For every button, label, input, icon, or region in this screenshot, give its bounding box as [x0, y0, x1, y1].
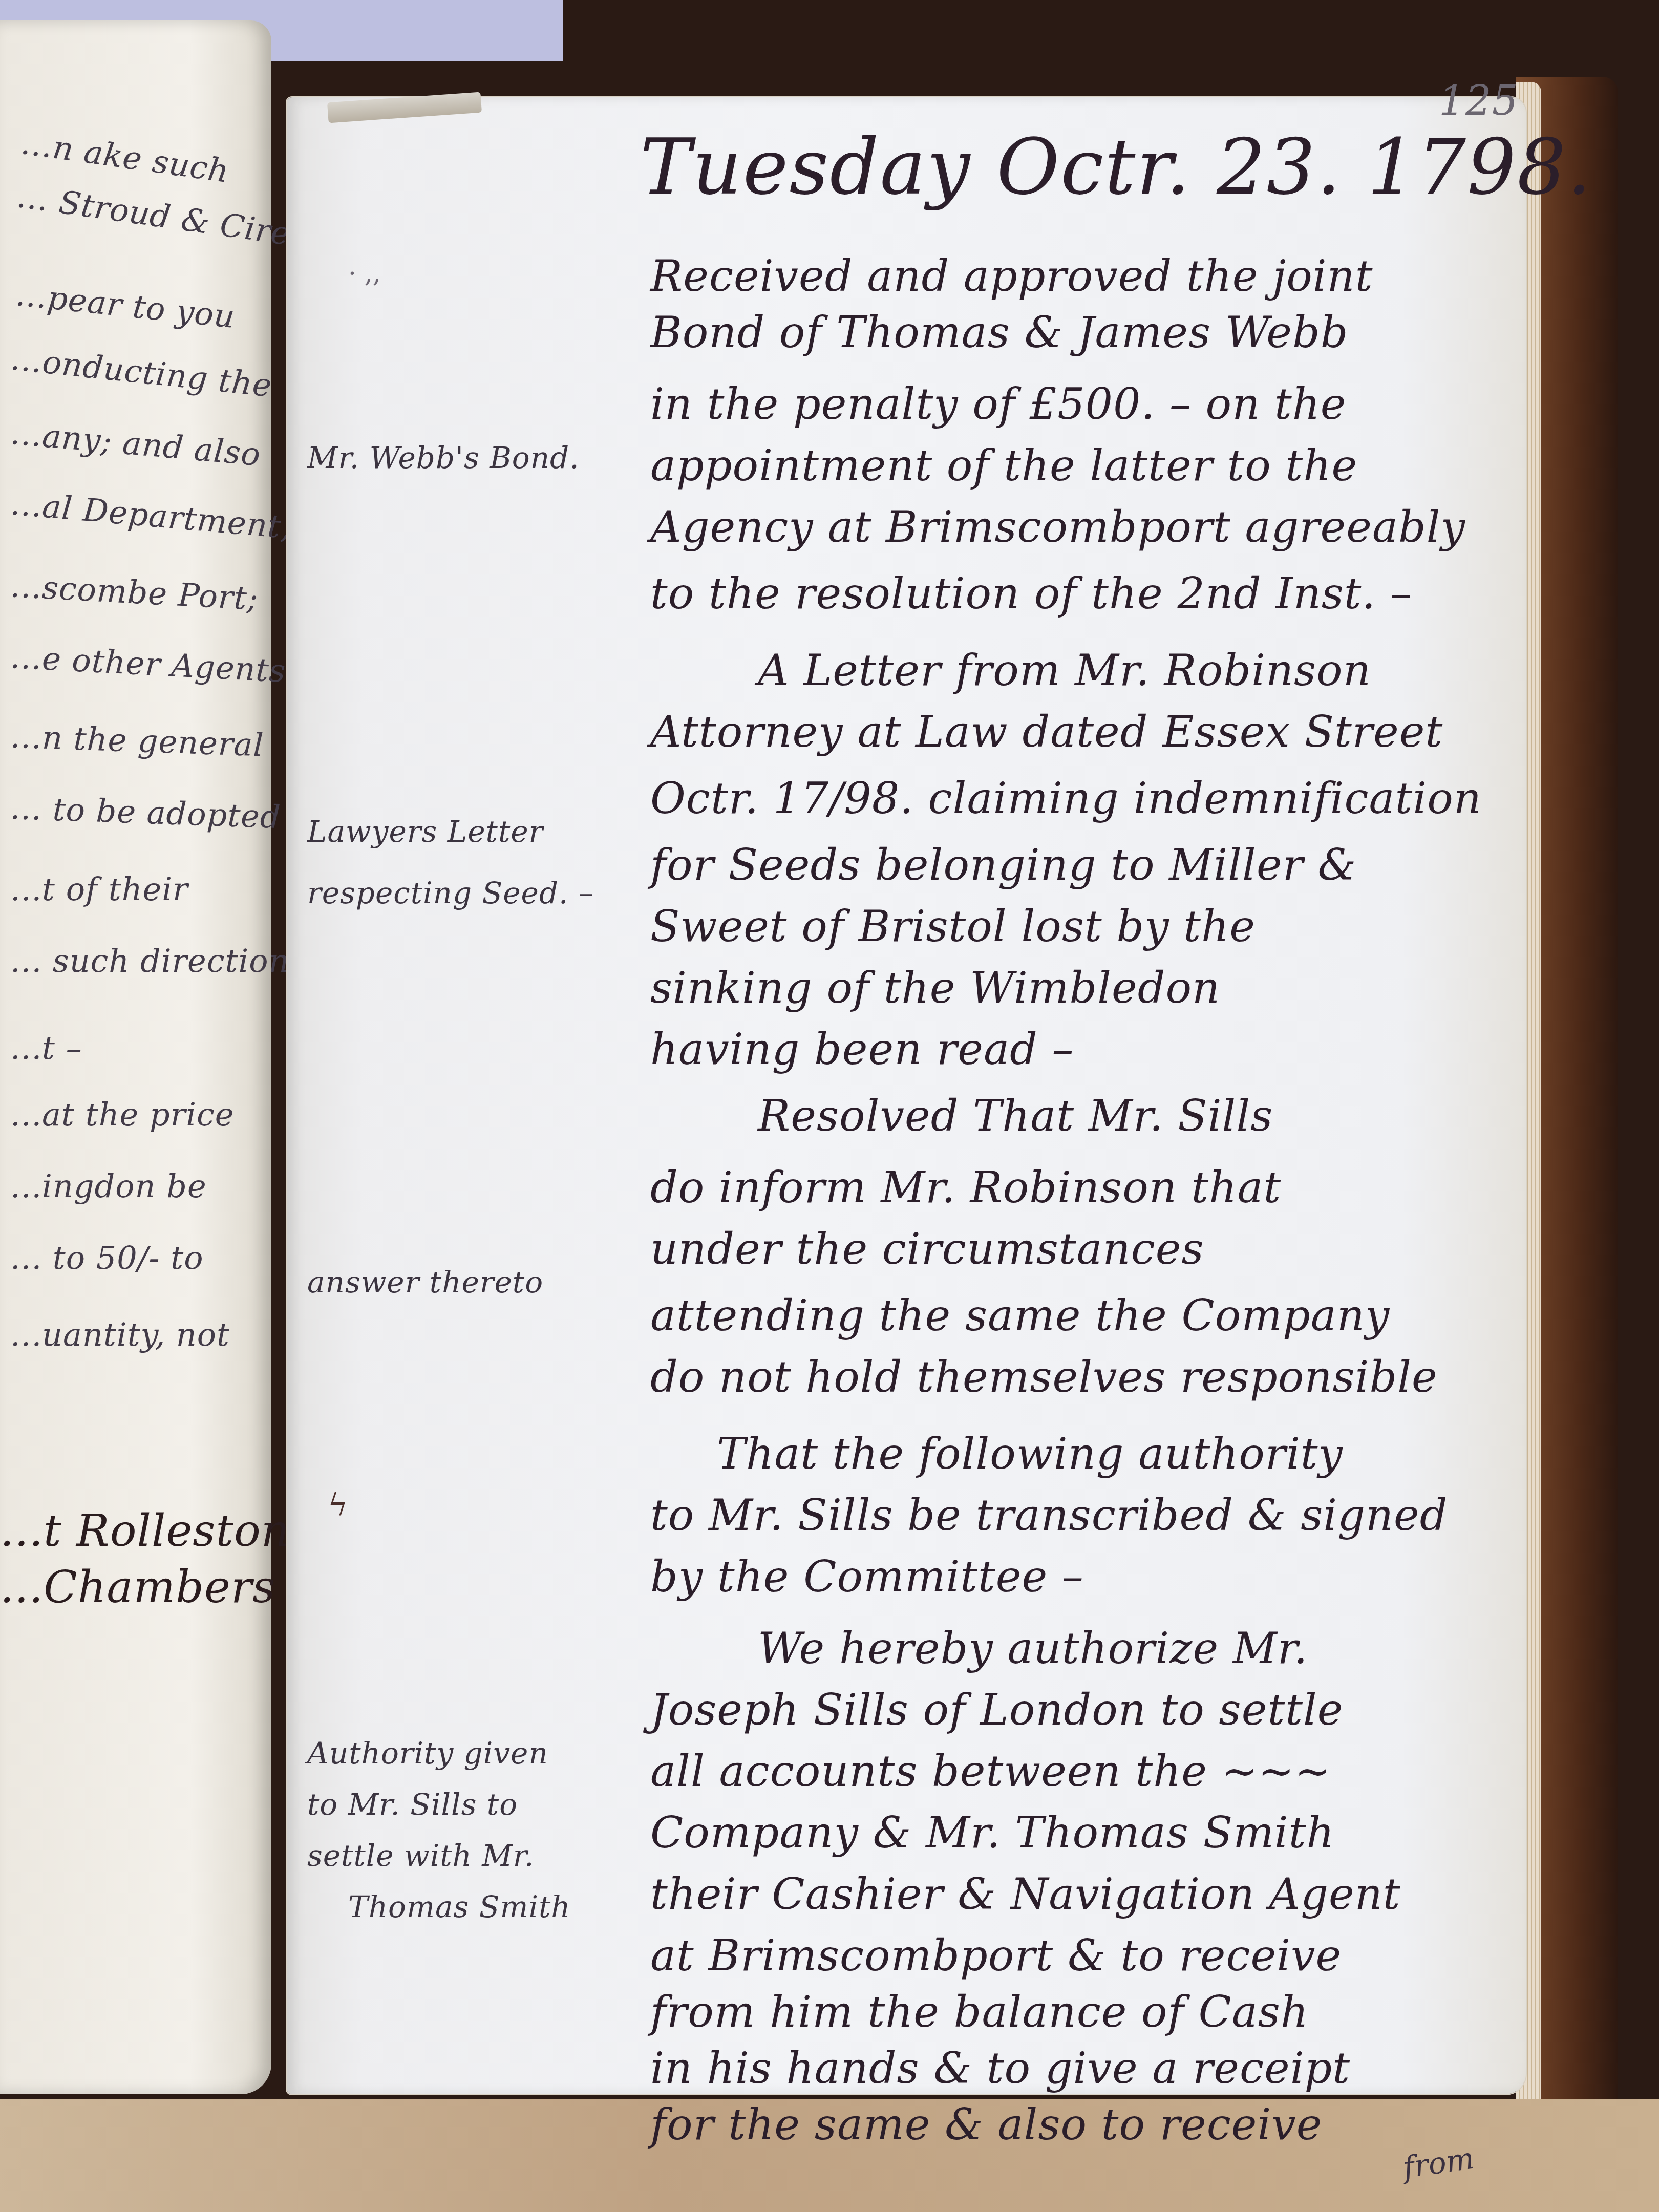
left-line: ...onducting the [9, 339, 274, 404]
left-line: ...al Department, [9, 484, 293, 546]
date-heading: Tuesday Octr. 23. 1798. [640, 123, 1592, 212]
left-line: ...e other Agents [9, 638, 287, 690]
body-line: under the circumstances [650, 1224, 1204, 1274]
left-line: ...t – [10, 1029, 82, 1067]
body-line: Octr. 17/98. claiming indemnification [650, 773, 1482, 823]
body-line: to the resolution of the 2nd Inst. – [650, 568, 1412, 619]
body-line: Agency at Brimscombport agreeably [650, 502, 1465, 552]
body-line: from him the balance of Cash [650, 1987, 1309, 2037]
left-line: ...uantity, not [10, 1316, 230, 1353]
body-line: Joseph Sills of London to settle [650, 1685, 1343, 1735]
body-line: appointment of the latter to the [650, 440, 1357, 491]
left-line: ...t of their [10, 870, 188, 908]
left-line: ... such directions [10, 942, 306, 980]
margin-note-webb-bond: Mr. Webb's Bond. [307, 440, 580, 475]
body-line: A Letter from Mr. Robinson [758, 645, 1371, 695]
body-line: in the penalty of £500. – on the [650, 379, 1347, 429]
page-number: 125 [1439, 77, 1519, 124]
margin-note-authority: settle with Mr. [307, 1838, 535, 1873]
margin-note-authority: Authority given [307, 1736, 548, 1771]
body-line: in his hands & to give a receipt [650, 2043, 1350, 2093]
margin-note-authority: Thomas Smith [348, 1889, 571, 1924]
body-line: Bond of Thomas & James Webb [650, 307, 1349, 357]
body-line: Resolved That Mr. Sills [758, 1091, 1273, 1141]
margin-note-answer: answer thereto [307, 1265, 543, 1300]
body-line: That the following authority [717, 1429, 1343, 1479]
margin-note-lawyers-letter: Lawyers Letter [307, 814, 543, 849]
left-line: ... to be adopted [10, 789, 282, 836]
left-line: ...pear to you [14, 275, 237, 336]
margin-note-respecting-seed: respecting Seed. – [307, 876, 594, 910]
body-line: having been read – [650, 1024, 1074, 1074]
body-line: do not hold themselves responsible [650, 1352, 1438, 1402]
left-page: ...n ake such ... Stroud & Cirencester .… [0, 20, 271, 2094]
signature: ...Chambers [0, 1562, 275, 1613]
ink-blot-mark: ϟ [328, 1487, 348, 1523]
body-line: Sweet of Bristol lost by the [650, 901, 1256, 951]
body-line: Received and approved the joint [650, 251, 1373, 301]
left-line: ...at the price [10, 1096, 235, 1133]
left-line: ...any; and also [9, 414, 262, 473]
left-line: ... to 50/- to [10, 1239, 203, 1277]
body-line: for the same & also to receive [650, 2099, 1323, 2150]
body-line: do inform Mr. Robinson that [650, 1162, 1281, 1213]
left-line: ...ingdon be [10, 1167, 207, 1205]
body-line: for Seeds belonging to Miller & [650, 840, 1356, 890]
body-line: by the Committee – [650, 1551, 1084, 1602]
left-line: ...n ake such [19, 124, 231, 190]
body-line: to Mr. Sills be transcribed & signed [650, 1490, 1448, 1540]
body-line: We hereby authorize Mr. [758, 1623, 1308, 1673]
left-line: ...n the general [10, 717, 265, 763]
signature: ...t Rolleston [0, 1505, 290, 1557]
body-line: all accounts between the ~~~ [650, 1746, 1331, 1796]
body-line: at Brimscombport & to receive [650, 1930, 1342, 1981]
left-line: ...scombe Port; [9, 567, 259, 617]
body-line: sinking of the Wimbledon [650, 963, 1220, 1013]
body-line: Company & Mr. Thomas Smith [650, 1807, 1335, 1858]
body-line: their Cashier & Navigation Agent [650, 1869, 1401, 1919]
body-line: Attorney at Law dated Essex Street [650, 707, 1443, 757]
margin-mark: · ,, [348, 259, 381, 288]
margin-note-authority: to Mr. Sills to [307, 1787, 518, 1822]
body-line: attending the same the Company [650, 1290, 1390, 1341]
